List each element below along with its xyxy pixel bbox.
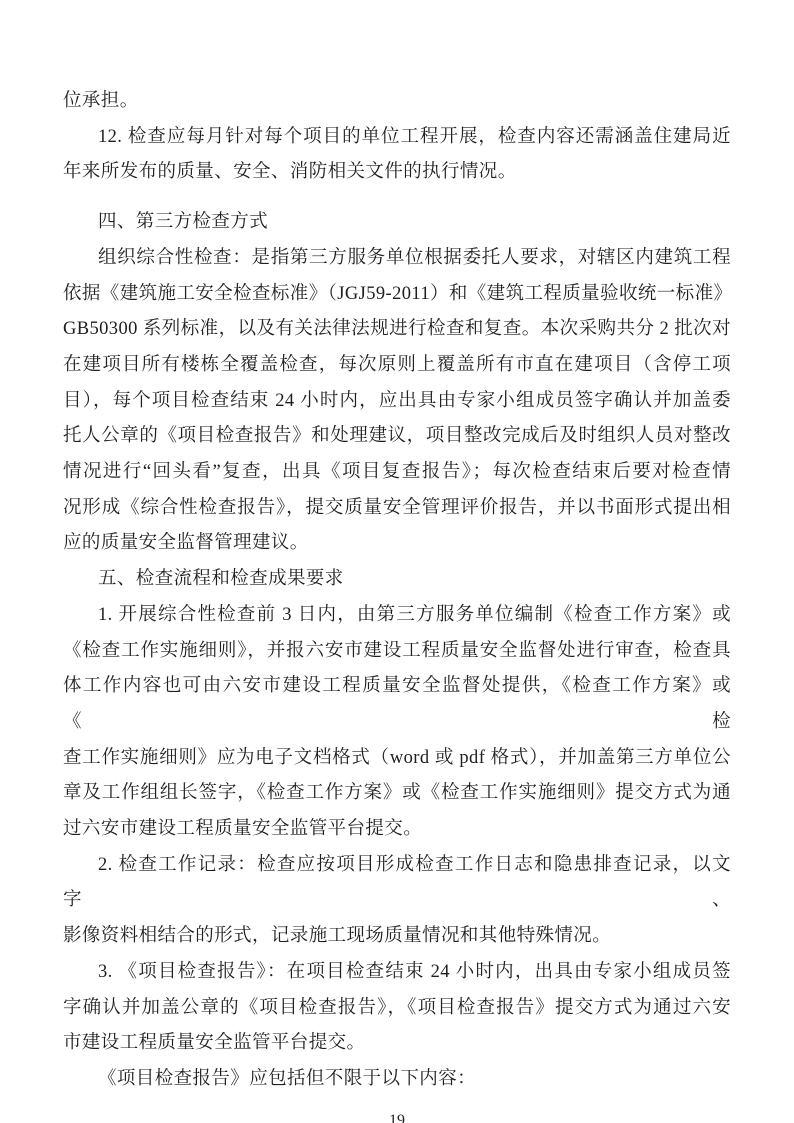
text-line: 依据《建筑施工安全检查标准》（JGJ59-2011）和《建筑工程质量验收统一标准… [63,277,731,313]
text-line: 查工作实施细则》应为电子文档格式（word 或 pdf 格式），并加盖第三方单位… [63,741,731,777]
document-body: 位承担。 12. 检查应每月针对每个项目的单位工程开展，检查内容还需涵盖住建局近… [63,84,731,1098]
text-line: 《项目检查报告》应包括但不限于以下内容： [63,1062,731,1098]
text-line: GB50300 系列标准，以及有关法律法规进行检查和复查。本次采购共分 2 批次… [63,312,731,348]
text-line: 字确认并加盖公章的《项目检查报告》，《项目检查报告》提交方式为通过六安 [63,991,731,1027]
text-line: 1. 开展综合性检查前 3 日内，由第三方服务单位编制《检查工作方案》或 [63,598,731,634]
section-heading-4: 四、第三方检查方式 [63,205,731,241]
text-line: 在建项目所有楼栋全覆盖检查，每次原则上覆盖所有市直在建项目（含停工项 [63,348,731,384]
text-line: 章及工作组组长签字，《检查工作方案》或《检查工作实施细则》提交方式为通 [63,776,731,812]
text-line: 组织综合性检查：是指第三方服务单位根据委托人要求，对辖区内建筑工程 [63,241,731,277]
text-line: 况形成《综合性检查报告》，提交质量安全管理评价报告，并以书面形式提出相 [63,491,731,527]
text-line: 过六安市建设工程质量安全监管平台提交。 [63,812,731,848]
text-line: 3. 《项目检查报告》：在项目检查结束 24 小时内，出具由专家小组成员签 [63,955,731,991]
text-line: 影像资料相结合的形式，记录施工现场质量情况和其他特殊情况。 [63,919,731,955]
text-line: 体工作内容也可由六安市建设工程质量安全监督处提供，《检查工作方案》或《检 [63,669,731,740]
page-number: 19 [63,1111,731,1123]
section-heading-5: 五、检查流程和检查成果要求 [63,562,731,598]
text-line: 12. 检查应每月针对每个项目的单位工程开展，检查内容还需涵盖住建局近 [63,120,731,156]
text-line: 目），每个项目检查结束 24 小时内，应出具由专家小组成员签字确认并加盖委 [63,384,731,420]
text-line: 托人公章的《项目检查报告》和处理建议，项目整改完成后及时组织人员对整改 [63,419,731,455]
text-line: 2. 检查工作记录：检查应按项目形成检查工作日志和隐患排查记录，以文字、 [63,848,731,919]
text-line: 位承担。 [63,84,731,120]
text-line: 市建设工程质量安全监管平台提交。 [63,1026,731,1062]
text-line: 情况进行“回头看”复查，出具《项目复查报告》；每次检查结束后要对检查情 [63,455,731,491]
document-page: 位承担。 12. 检查应每月针对每个项目的单位工程开展，检查内容还需涵盖住建局近… [0,0,794,1123]
text-line: 应的质量安全监督管理建议。 [63,526,731,562]
text-line: 《检查工作实施细则》，并报六安市建设工程质量安全监督处进行审查，检查具 [63,634,731,670]
text-line: 年来所发布的质量、安全、消防相关文件的执行情况。 [63,155,731,191]
